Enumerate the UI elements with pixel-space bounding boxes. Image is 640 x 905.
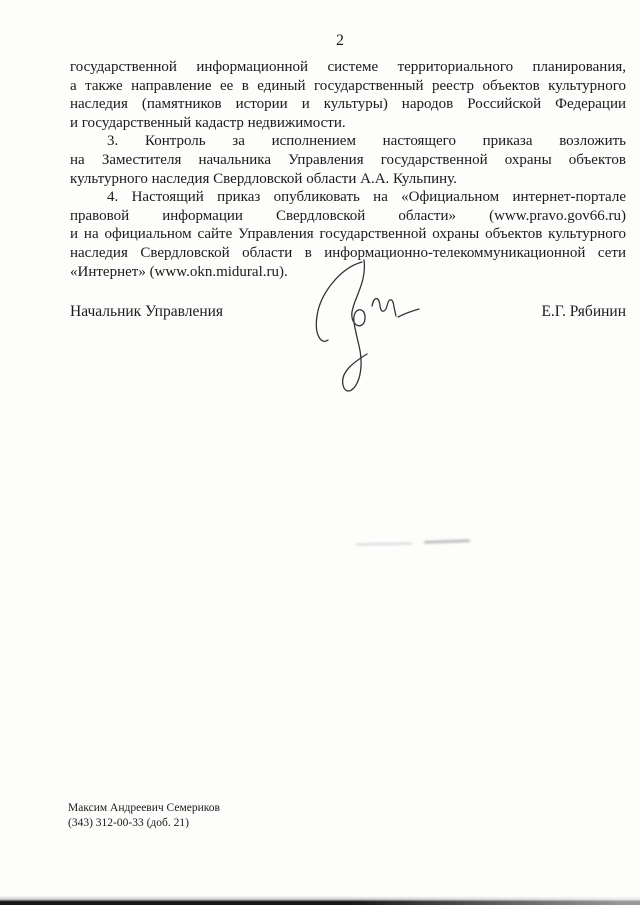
position-title: Начальник Управления <box>70 303 223 321</box>
document-line: а также направление ее в единый государс… <box>70 77 626 96</box>
document-line: правовой информации Свердловской области… <box>70 207 626 226</box>
contact-name: Максим Андреевич Семериков <box>68 801 220 816</box>
page-number: 2 <box>70 32 610 50</box>
contact-phone: (343) 312-00-33 (доб. 21) <box>68 816 220 831</box>
scan-smudge <box>356 543 412 546</box>
document-body: государственной информационной системе т… <box>70 58 626 281</box>
signatory-name: Е.Г. Рябинин <box>541 303 626 321</box>
handwritten-signature-icon <box>310 254 428 404</box>
scan-edge-artifact <box>0 896 640 905</box>
document-line: и на официальном сайте Управления госуда… <box>70 225 626 244</box>
scan-smudge <box>424 539 470 544</box>
document-line: культурного наследия Свердловской област… <box>70 170 626 189</box>
scanned-document-page: 2 государственной информационной системе… <box>0 0 640 905</box>
document-line: и государственный кадастр недвижимости. <box>70 114 626 133</box>
document-line: наследия (памятников истории и культуры)… <box>70 95 626 114</box>
document-line: на Заместителя начальника Управления гос… <box>70 151 626 170</box>
document-footer: Максим Андреевич Семериков (343) 312-00-… <box>68 801 220 830</box>
document-line: 3. Контроль за исполнением настоящего пр… <box>70 132 626 151</box>
document-line: государственной информационной системе т… <box>70 58 626 77</box>
document-line: 4. Настоящий приказ опубликовать на «Офи… <box>70 188 626 207</box>
